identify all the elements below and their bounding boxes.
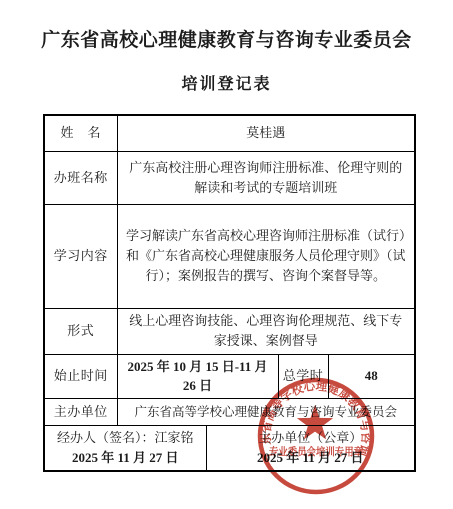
total-hours-label: 总学时: [278, 354, 328, 398]
table-row-signatures: 经办人（签名）：江家铭 2025 年 11 月 27 日 主办单位（公章） 20…: [44, 425, 415, 471]
format-label: 形式: [44, 308, 117, 354]
name-label: 姓 名: [44, 115, 117, 151]
class-name-label: 办班名称: [44, 151, 117, 204]
organizer-seal-date: 2025 年 11 月 27 日: [213, 448, 409, 468]
table-row-duration: 始止时间 2025 年 10 月 15 日-11 月 26 日 总学时 48: [44, 354, 415, 398]
registration-table: 姓 名 莫桂遇 办班名称 广东高校注册心理咨询师注册标准、伦理守则的解读和考试的…: [43, 114, 416, 472]
class-name-value: 广东高校注册心理咨询师注册标准、伦理守则的解读和考试的专题培训班: [117, 151, 415, 204]
duration-label: 始止时间: [44, 354, 117, 398]
table-row-name: 姓 名 莫桂遇: [44, 115, 415, 151]
handler-signature: 经办人（签名）：江家铭: [51, 428, 200, 448]
table-row-format: 形式 线上心理咨询技能、心理咨询伦理规范、线下专家授课、案例督导: [44, 308, 415, 354]
page-title: 广东省高校心理健康教育与咨询专业委员会: [0, 25, 453, 52]
handler-date: 2025 年 11 月 27 日: [51, 448, 200, 468]
duration-value: 2025 年 10 月 15 日-11 月 26 日: [117, 354, 278, 398]
organizer-label: 主办单位: [44, 398, 117, 425]
organizer-seal-label: 主办单位（公章）: [213, 428, 409, 448]
table-row-study-content: 学习内容 学习解读广东省高校心理咨询师注册标准（试行）和《广东省高校心理健康服务…: [44, 204, 415, 308]
organizer-value: 广东省高等学校心理健康教育与咨询专业委员会: [117, 398, 415, 425]
page-subtitle: 培训登记表: [0, 71, 453, 94]
format-value: 线上心理咨询技能、心理咨询伦理规范、线下专家授课、案例督导: [117, 308, 415, 354]
form-page: 广东省高校心理健康教育与咨询专业委员会 培训登记表 姓 名 莫桂遇 办班名称 广…: [0, 0, 453, 509]
name-value: 莫桂遇: [117, 115, 415, 151]
table-row-organizer: 主办单位 广东省高等学校心理健康教育与咨询专业委员会: [44, 398, 415, 425]
table-row-class-name: 办班名称 广东高校注册心理咨询师注册标准、伦理守则的解读和考试的专题培训班: [44, 151, 415, 204]
study-content-label: 学习内容: [44, 204, 117, 308]
study-content-value: 学习解读广东省高校心理咨询师注册标准（试行）和《广东省高校心理健康服务人员伦理守…: [117, 204, 415, 308]
handler-cell: 经办人（签名）：江家铭 2025 年 11 月 27 日: [44, 425, 206, 471]
organizer-seal-cell: 主办单位（公章） 2025 年 11 月 27 日: [206, 425, 415, 471]
total-hours-value: 48: [328, 354, 415, 398]
